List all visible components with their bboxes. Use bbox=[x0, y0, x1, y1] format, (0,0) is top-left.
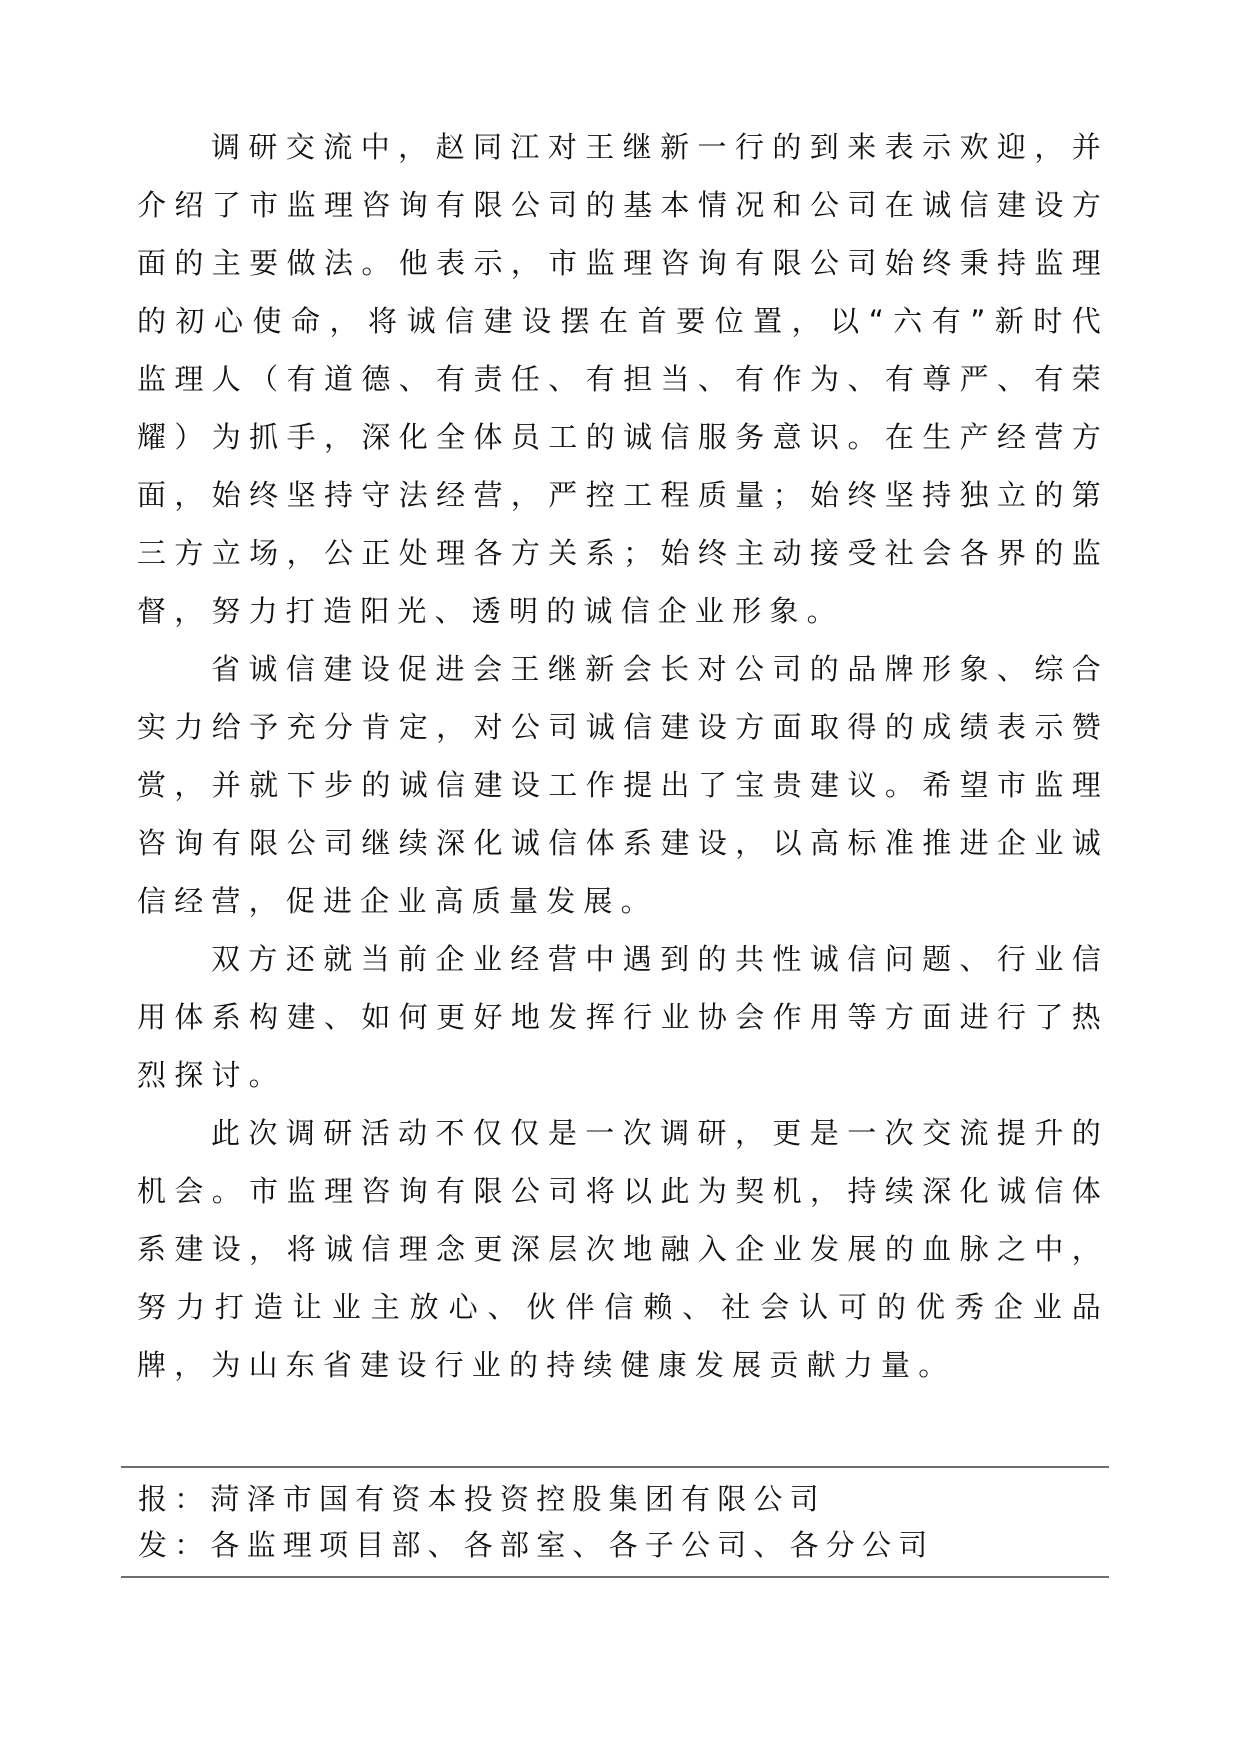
document-page: 调研交流中，赵同江对王继新一行的到来表示欢迎，并介绍了市监理咨询有限公司的基本情… bbox=[0, 0, 1240, 1754]
paragraph-association-feedback: 省诚信建设促进会王继新会长对公司的品牌形象、综合实力给予充分肯定，对公司诚信建设… bbox=[137, 640, 1109, 930]
footer-bottom-rule bbox=[121, 1576, 1109, 1578]
paragraph-joint-discussion: 双方还就当前企业经营中遇到的共性诚信问题、行业信用体系构建、如何更好地发挥行业协… bbox=[137, 930, 1109, 1104]
paragraph-research-exchange: 调研交流中，赵同江对王继新一行的到来表示欢迎，并介绍了市监理咨询有限公司的基本情… bbox=[137, 118, 1109, 640]
footer-lines: 报：菏泽市国有资本投资控股集团有限公司 发：各监理项目部、各部室、各子公司、各分… bbox=[121, 1468, 1109, 1576]
paragraph-conclusion: 此次调研活动不仅仅是一次调研，更是一次交流提升的机会。市监理咨询有限公司将以此为… bbox=[137, 1104, 1109, 1394]
report-to-line: 报：菏泽市国有资本投资控股集团有限公司 bbox=[138, 1476, 1109, 1522]
document-body: 调研交流中，赵同江对王继新一行的到来表示欢迎，并介绍了市监理咨询有限公司的基本情… bbox=[137, 118, 1109, 1394]
distribution-footer: 报：菏泽市国有资本投资控股集团有限公司 发：各监理项目部、各部室、各子公司、各分… bbox=[121, 1466, 1109, 1578]
distribute-to-line: 发：各监理项目部、各部室、各子公司、各分公司 bbox=[138, 1522, 1109, 1568]
